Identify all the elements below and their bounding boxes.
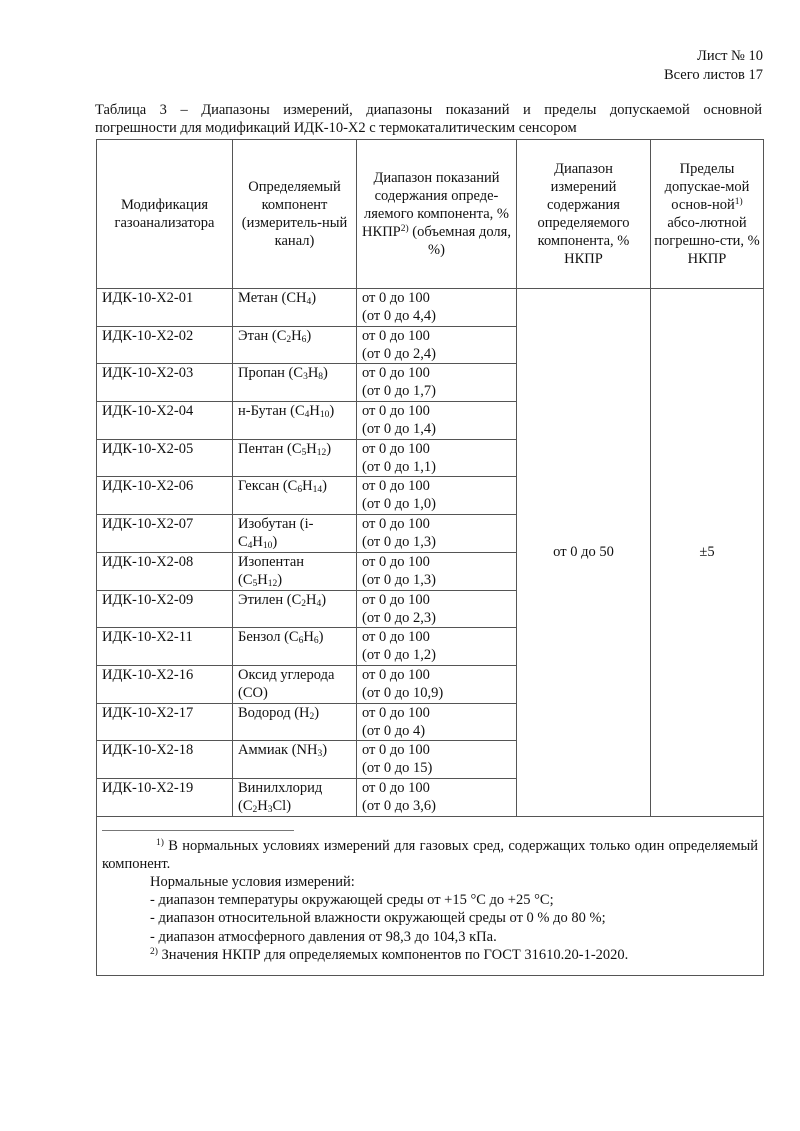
footnote-separator (102, 830, 294, 831)
col-header-modification: Модификация газоанализатора (97, 140, 233, 289)
indication-range-cell: от 0 до 100(от 0 до 2,4) (357, 326, 517, 364)
col-header-error-limit: Пределы допускае-мой основ-ной1) абсо-лю… (651, 140, 764, 289)
modification-cell: ИДК-10-Х2-02 (97, 326, 233, 364)
component-cell: Изопентан (C5H12) (233, 552, 357, 590)
conditions-title: Нормальные условия измерений: (102, 873, 758, 891)
indication-range-cell: от 0 до 100(от 0 до 1,2) (357, 628, 517, 666)
indication-range-cell: от 0 до 100(от 0 до 3,6) (357, 778, 517, 816)
component-cell: Оксид углерода (CO) (233, 665, 357, 703)
modification-cell: ИДК-10-Х2-16 (97, 665, 233, 703)
component-cell: Метан (CH4) (233, 289, 357, 327)
modification-cell: ИДК-10-Х2-01 (97, 289, 233, 327)
col-header-component: Определяемый компонент (измеритель-ный к… (233, 140, 357, 289)
table-caption: Таблица 3 – Диапазоны измерений, диапазо… (95, 101, 762, 137)
modification-cell: ИДК-10-Х2-07 (97, 515, 233, 553)
conditions-list: - диапазон температуры окружающей среды … (102, 891, 758, 946)
modification-cell: ИДК-10-Х2-08 (97, 552, 233, 590)
modification-cell: ИДК-10-Х2-19 (97, 778, 233, 816)
modification-cell: ИДК-10-Х2-06 (97, 477, 233, 515)
table-body: ИДК-10-Х2-01Метан (CH4)от 0 до 100(от 0 … (97, 289, 764, 817)
error-limit-cell: ±5 (651, 289, 764, 817)
caption-line-2: погрешности для модификаций ИДК-10-Х2 с … (95, 120, 577, 136)
component-cell: Винилхлорид (C2H3Cl) (233, 778, 357, 816)
sheet-info: Лист № 10 Всего листов 17 (664, 47, 763, 85)
modification-cell: ИДК-10-Х2-11 (97, 628, 233, 666)
condition-item: - диапазон относительной влажности окруж… (102, 909, 758, 927)
indication-range-cell: от 0 до 100(от 0 до 10,9) (357, 665, 517, 703)
indication-range-cell: от 0 до 100(от 0 до 1,3) (357, 552, 517, 590)
component-cell: Водород (H2) (233, 703, 357, 741)
component-cell: Пентан (C5H12) (233, 439, 357, 477)
component-cell: н-Бутан (C4H10) (233, 402, 357, 440)
indication-range-cell: от 0 до 100(от 0 до 1,3) (357, 515, 517, 553)
footnotes: 1) В нормальных условиях измерений для г… (97, 816, 764, 975)
component-cell: Гексан (C6H14) (233, 477, 357, 515)
notes-row: 1) В нормальных условиях измерений для г… (97, 816, 764, 975)
measurement-range-cell: от 0 до 50 (517, 289, 651, 817)
component-cell: Бензол (C6H6) (233, 628, 357, 666)
component-cell: Этан (C2H6) (233, 326, 357, 364)
component-cell: Изобутан (i-C4H10) (233, 515, 357, 553)
condition-item: - диапазон атмосферного давления от 98,3… (102, 928, 758, 946)
modification-cell: ИДК-10-Х2-17 (97, 703, 233, 741)
indication-range-cell: от 0 до 100(от 0 до 1,4) (357, 402, 517, 440)
indication-range-cell: от 0 до 100(от 0 до 2,3) (357, 590, 517, 628)
modification-cell: ИДК-10-Х2-04 (97, 402, 233, 440)
modification-cell: ИДК-10-Х2-09 (97, 590, 233, 628)
component-cell: Аммиак (NH3) (233, 741, 357, 779)
indication-range-cell: от 0 до 100(от 0 до 1,1) (357, 439, 517, 477)
indication-range-cell: от 0 до 100(от 0 до 4) (357, 703, 517, 741)
col-header-measurement-range: Диапазон измерений содержания определяем… (517, 140, 651, 289)
footnote-2: 2) Значения НКПР для определяемых компон… (102, 946, 758, 964)
table-header-row: Модификация газоанализатора Определяемый… (97, 140, 764, 289)
measurement-ranges-table: Модификация газоанализатора Определяемый… (96, 139, 764, 976)
condition-item: - диапазон температуры окружающей среды … (102, 891, 758, 909)
modification-cell: ИДК-10-Х2-05 (97, 439, 233, 477)
component-cell: Пропан (C3H8) (233, 364, 357, 402)
caption-line-1: Таблица 3 – Диапазоны измерений, диапазо… (95, 101, 762, 119)
modification-cell: ИДК-10-Х2-18 (97, 741, 233, 779)
col-header-indication-range: Диапазон показаний содержания опреде-ляе… (357, 140, 517, 289)
total-sheets: Всего листов 17 (664, 66, 763, 85)
modification-cell: ИДК-10-Х2-03 (97, 364, 233, 402)
sheet-number: Лист № 10 (664, 47, 763, 66)
table-row: ИДК-10-Х2-01Метан (CH4)от 0 до 100(от 0 … (97, 289, 764, 327)
footnote-1: 1) В нормальных условиях измерений для г… (102, 837, 758, 873)
component-cell: Этилен (C2H4) (233, 590, 357, 628)
indication-range-cell: от 0 до 100(от 0 до 4,4) (357, 289, 517, 327)
indication-range-cell: от 0 до 100(от 0 до 1,0) (357, 477, 517, 515)
indication-range-cell: от 0 до 100(от 0 до 1,7) (357, 364, 517, 402)
indication-range-cell: от 0 до 100(от 0 до 15) (357, 741, 517, 779)
